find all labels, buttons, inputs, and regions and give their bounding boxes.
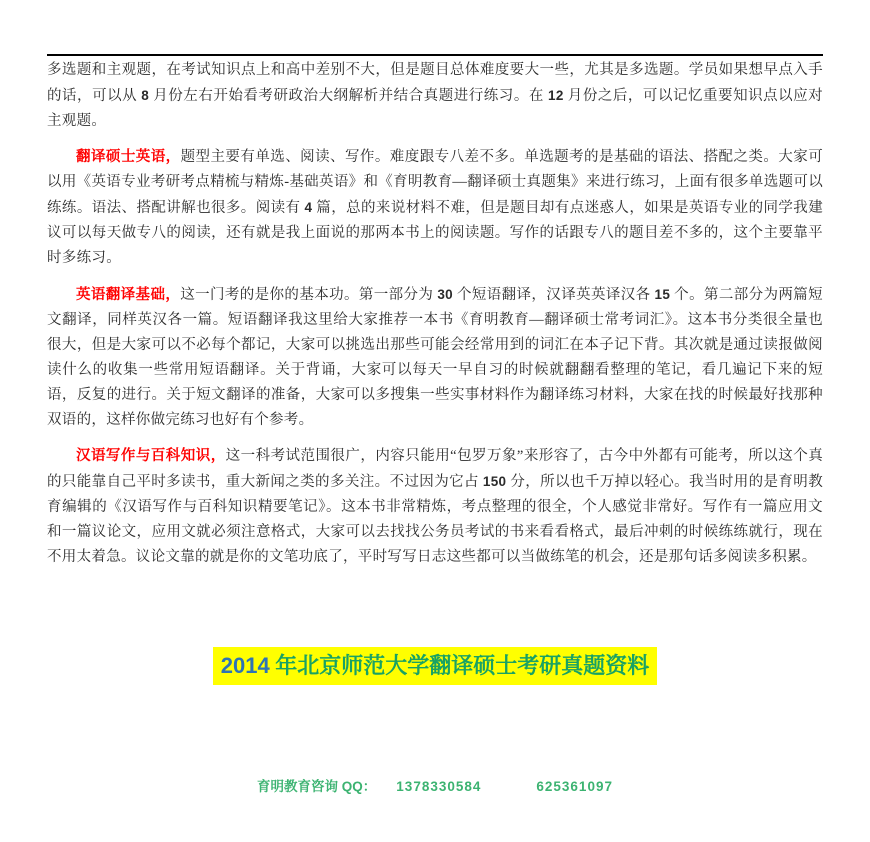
bold-number: 8 (141, 88, 149, 103)
text-segment: 个。第二部分为两篇短文翻译，同样英汉各一篇。短语翻译我这里给大家推荐一本书《育明… (47, 287, 823, 428)
text-segment: 月份左右开始看考研政治大纲解析并结合真题进行练习。在 (149, 88, 548, 104)
document-page: 多选题和主观题，在考试知识点上和高中差别不大，但是题目总体难度要大一些，尤其是多… (0, 0, 870, 842)
paragraph-translation-masters-english: 翻译硕士英语，题型主要有单选、阅读、写作。难度跟专八差不多。单选题考的是基础的语… (47, 145, 823, 271)
title-highlight: 2014 年北京师范大学翻译硕士考研真题资料 (213, 647, 657, 685)
title-year: 2014 (221, 653, 270, 678)
paragraph-chinese-writing-encyclopedia: 汉语写作与百科知识，这一科考试范围很广，内容只能用“包罗万象”来形容了，古今中外… (47, 444, 823, 570)
header-divider (47, 54, 823, 56)
bold-number: 12 (548, 88, 564, 103)
text-segment: 个短语翻译，汉译英英译汉各 (453, 287, 655, 303)
document-body: 多选题和主观题，在考试知识点上和高中差别不大，但是题目总体难度要大一些，尤其是多… (47, 58, 823, 581)
section-heading: 汉语写作与百科知识， (76, 448, 226, 464)
text-segment: 这一门考的是你的基本功。第一部分为 (180, 287, 437, 303)
footer-qq-number-2: 625361097 (536, 779, 613, 794)
bold-number: 30 (437, 287, 453, 302)
paragraph-english-translation-basics: 英语翻译基础，这一门考的是你的基本功。第一部分为 30 个短语翻译，汉译英英译汉… (47, 282, 823, 433)
section-heading: 翻译硕士英语， (76, 149, 181, 165)
bold-number: 15 (655, 287, 671, 302)
paragraph-politics-advice: 多选题和主观题，在考试知识点上和高中差别不大，但是题目总体难度要大一些，尤其是多… (47, 58, 823, 134)
section-heading: 英语翻译基础， (76, 287, 180, 303)
footer-contact: 育明教育咨询 QQ：1378330584625361097 (0, 775, 870, 795)
title-text: 年北京师范大学翻译硕士考研真题资料 (270, 653, 650, 678)
footer-consulting-label: 育明教育咨询 QQ： (257, 779, 376, 794)
bold-number: 150 (483, 474, 506, 489)
document-title: 2014 年北京师范大学翻译硕士考研真题资料 (0, 649, 870, 680)
footer-qq-number-1: 1378330584 (396, 779, 481, 794)
